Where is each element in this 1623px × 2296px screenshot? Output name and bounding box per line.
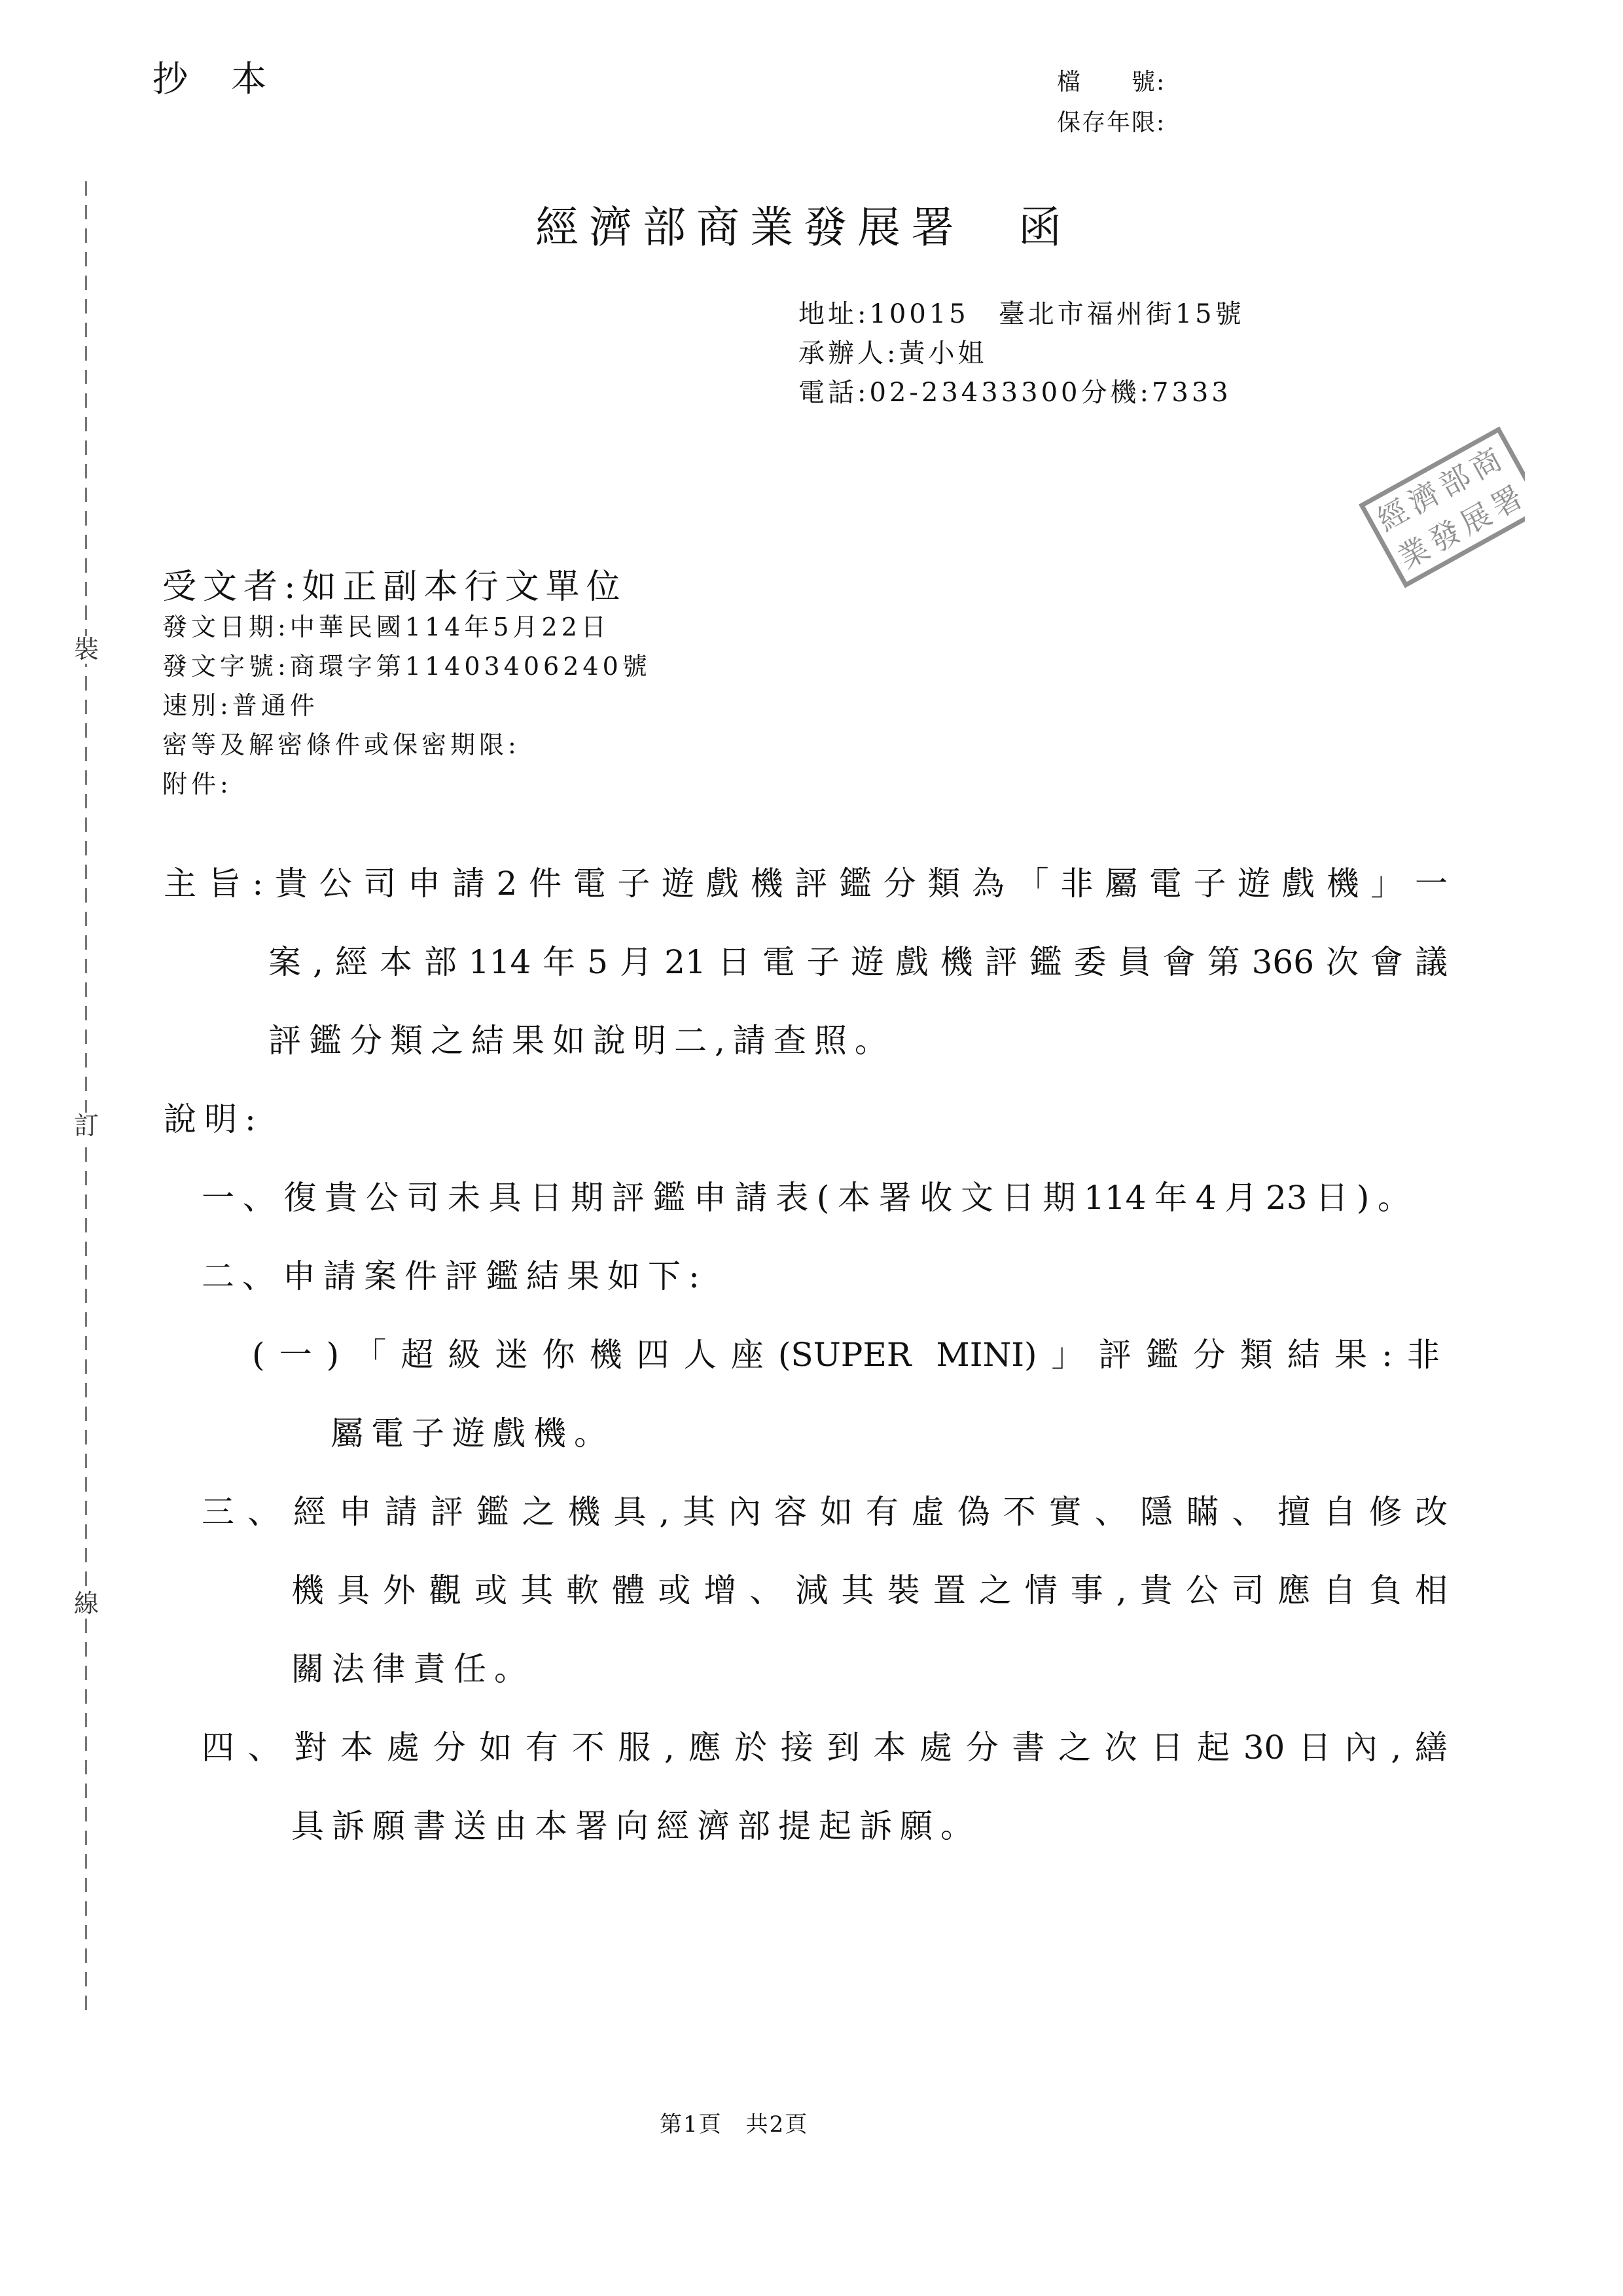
issue-date-line: 發文日期:中華民國114年5月22日 (162, 607, 651, 647)
document-meta-block: 發文日期:中華民國114年5月22日 發文字號:商環字第11403406240號… (162, 607, 651, 804)
agency-seal-border: 經濟部商 業發展署 (1359, 427, 1525, 588)
agency-contact-person: 承辦人:黃小姐 (798, 334, 1245, 373)
speed-class-line: 速別:普通件 (162, 686, 651, 725)
explanation-item-3-line-3: 關法律責任。 (291, 1643, 535, 1690)
explanation-item-3-line-2: 機具外觀或其軟體或增、減其裝置之情事,貴公司應自負相 (291, 1564, 1448, 1611)
subject-line-3: 評鑑分類之結果如說明二,請查照。 (268, 1014, 895, 1062)
subject-line-1: 主旨:貴公司申請2件電子遊戲機評鑑分類為「非屬電子遊戲機」一 (164, 857, 1448, 905)
agency-seal-stamp: 經濟部商 業發展署 (1347, 416, 1525, 606)
binding-mark-xian: 線 (69, 1590, 103, 1618)
official-letter-page: 裝 訂 線 抄 本 檔 號: 保存年限: 經濟部商業發展署 函 地址:10015… (0, 0, 1623, 2296)
agency-address: 地址:10015 臺北市福州街15號 (798, 295, 1245, 334)
explanation-item-3-line-1: 三、經申請評鑑之機具,其內容如有虛偽不實、隱瞞、擅自修改 (202, 1486, 1448, 1533)
explanation-item-2-1-line-2: 屬電子遊戲機。 (330, 1407, 615, 1454)
copy-label: 抄 本 (152, 51, 270, 101)
agency-phone: 電話:02-23433300分機:7333 (798, 373, 1245, 412)
document-title: 經濟部商業發展署 函 (535, 192, 1072, 255)
attachment-line: 附件: (162, 764, 651, 804)
explanation-item-4-line-2: 具訴願書送由本署向經濟部提起訴願。 (291, 1800, 981, 1847)
file-number-block: 檔 號: 保存年限: (1057, 62, 1166, 143)
binding-mark-zhuang: 裝 (69, 636, 103, 664)
binding-dashed-line (85, 181, 87, 2016)
explanation-item-2: 二、申請案件評鑑結果如下: (202, 1250, 707, 1297)
explanation-heading: 說明: (164, 1093, 264, 1140)
binding-mark-ding: 訂 (69, 1113, 103, 1140)
agency-info-block: 地址:10015 臺北市福州街15號 承辦人:黃小姐 電話:02-2343330… (798, 295, 1245, 412)
page-number-footer: 第1頁 共2頁 (660, 2106, 808, 2138)
subject-line-2: 案,經本部114年5月21日電子遊戲機評鑑委員會第366次會議 (268, 936, 1448, 983)
issue-number-line: 發文字號:商環字第11403406240號 (162, 647, 651, 686)
explanation-item-2-1-line-1: (一)「超級迷你機四人座(SUPER MINI)」評鑑分類結果:非 (252, 1329, 1440, 1376)
recipient-line: 受文者:如正副本行文單位 (162, 559, 627, 608)
explanation-item-4-line-1: 四、對本處分如有不服,應於接到本處分書之次日起30日內,繕 (202, 1721, 1448, 1768)
file-number-label: 檔 號: (1057, 62, 1166, 103)
retention-period-label: 保存年限: (1057, 103, 1166, 143)
explanation-item-1: 一、復貴公司未具日期評鑑申請表(本署收文日期114年4月23日)。 (202, 1172, 1410, 1219)
security-class-line: 密等及解密條件或保密期限: (162, 725, 651, 764)
